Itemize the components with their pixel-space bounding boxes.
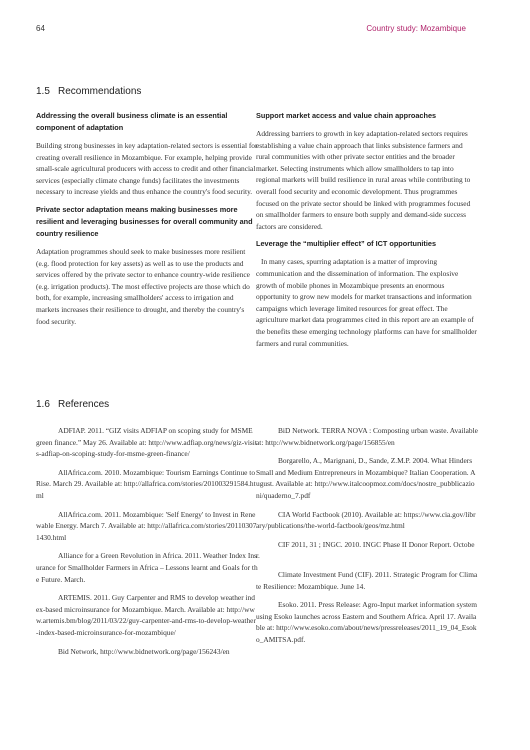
reference-entry: CIA World Factbook (2010). Available at:… (256, 509, 478, 532)
subheading: Support market access and value chain ap… (256, 110, 478, 122)
paragraph: Adaptation programmes should seek to mak… (36, 246, 258, 327)
reference-entry: Borgarello, A., Marignani, D., Sande, Z.… (256, 455, 478, 501)
reference-entry: BiD Network. TERRA NOVA : Composting urb… (256, 425, 478, 448)
section-title: References (58, 399, 109, 410)
section-number: 1.5 (36, 86, 58, 97)
paragraph: In many cases, spurring adaptation is a … (256, 256, 478, 349)
reference-entry: ADFIAP. 2011. “GIZ visits ADFIAP on scop… (36, 425, 258, 460)
section-heading-recommendations: 1.5Recommendations (36, 86, 141, 97)
subheading: Addressing the overall business climate … (36, 110, 258, 134)
reference-entry: Climate Investment Fund (CIF). 2011. Str… (256, 569, 478, 592)
subheading: Private sector adaptation means making b… (36, 204, 258, 240)
recommendations-left-column: Addressing the overall business climate … (36, 110, 258, 333)
running-title: Country study: Mozambique (366, 24, 466, 33)
subheading: Leverage the “multiplier effect” of ICT … (256, 238, 478, 250)
references-right-column: BiD Network. TERRA NOVA : Composting urb… (256, 425, 478, 653)
recommendations-right-column: Support market access and value chain ap… (256, 110, 478, 355)
paragraph: Building strong businesses in key adapta… (36, 140, 258, 198)
section-heading-references: 1.6References (36, 399, 109, 410)
reference-entry: ARTEMIS. 2011. Guy Carpenter and RMS to … (36, 592, 258, 638)
paragraph: Addressing barriers to growth in key ada… (256, 128, 478, 232)
section-title: Recommendations (58, 86, 141, 97)
reference-entry: Alliance for a Green Revolution in Afric… (36, 550, 258, 585)
section-number: 1.6 (36, 399, 58, 410)
references-left-column: ADFIAP. 2011. “GIZ visits ADFIAP on scop… (36, 425, 258, 664)
reference-entry: AllAfrica.com. 2010. Mozambique: Tourism… (36, 467, 258, 502)
reference-entry: Esoko. 2011. Press Release: Agro-Input m… (256, 599, 478, 645)
reference-entry: Bid Network, http://www.bidnetwork.org/p… (36, 646, 258, 658)
reference-entry: AllAfrica.com. 2011. Mozambique: 'Self E… (36, 509, 258, 544)
page-number: 64 (36, 24, 45, 33)
reference-entry: CIF 2011, 31 ; INGC. 2010. INGC Phase II… (256, 539, 478, 562)
